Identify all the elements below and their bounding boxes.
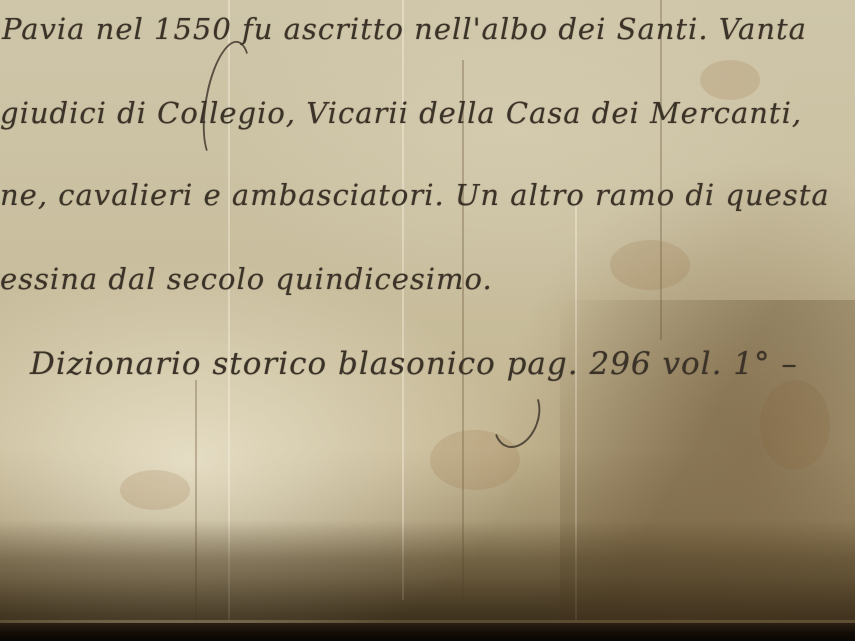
- foxing-stain: [120, 470, 190, 510]
- manuscript-line-4: essina dal secolo quindicesimo.: [0, 262, 493, 296]
- shadow: [0, 520, 855, 620]
- manuscript-line-2: giudici di Collegio, Vicarii della Casa …: [0, 96, 802, 130]
- paper-crease: [462, 60, 464, 600]
- foxing-stain: [700, 60, 760, 100]
- citation-line: Dizionario storico blasonico pag. 296 vo…: [30, 346, 798, 382]
- manuscript-line-3: ne, cavalieri e ambasciatori. Un altro r…: [0, 178, 830, 212]
- foxing-stain: [610, 240, 690, 290]
- manuscript-line-1: Pavia nel 1550 fu ascritto nell'albo dei…: [2, 12, 807, 46]
- frame-edge: [0, 623, 855, 641]
- paper-crease: [402, 0, 404, 600]
- manuscript-photo: Pavia nel 1550 fu ascritto nell'albo dei…: [0, 0, 855, 641]
